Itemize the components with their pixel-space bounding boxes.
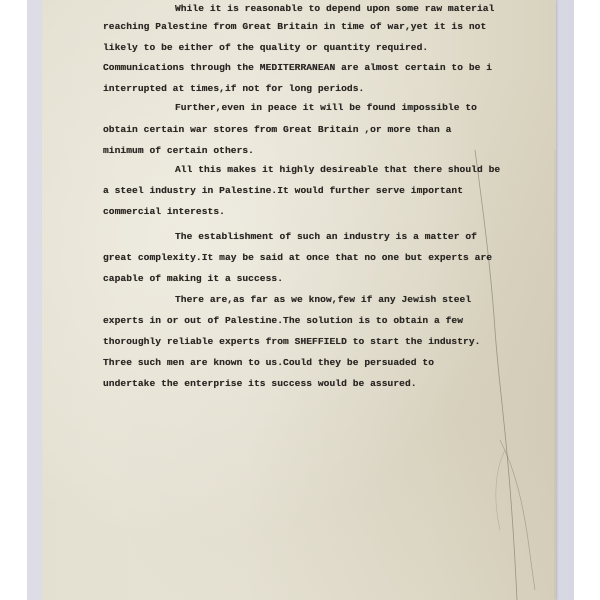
text-line: The establishment of such an industry is… [175,230,477,244]
text-line: Three such men are known to us.Could the… [103,356,434,370]
text-line: capable of making it a success. [103,272,283,286]
text-line: reaching Palestine from Great Britain in… [103,20,486,34]
text-line: commercial interests. [103,205,225,219]
text-line: undertake the enterprise its success wou… [103,377,417,391]
text-line: interrupted at times,if not for long per… [103,82,364,96]
text-line: thoroughly reliable experts from SHEFFIE… [103,335,480,349]
text-line: likely to be either of the quality or qu… [103,41,428,55]
text-line: obtain certain war stores from Great Bri… [103,123,451,137]
text-line: minimum of certain others. [103,144,254,158]
text-line: While it is reasonable to depend upon so… [175,2,494,16]
text-line: great complexity.It may be said at once … [103,251,492,265]
text-line: All this makes it highly desireable that… [175,163,500,177]
text-line: Communications through the MEDITERRANEAN… [103,61,492,75]
text-line: a steel industry in Palestine.It would f… [103,184,463,198]
text-line: There are,as far as we know,few if any J… [175,293,471,307]
text-line: experts in or out of Palestine.The solut… [103,314,463,328]
text-line: Further,even in peace it will be found i… [175,101,477,115]
